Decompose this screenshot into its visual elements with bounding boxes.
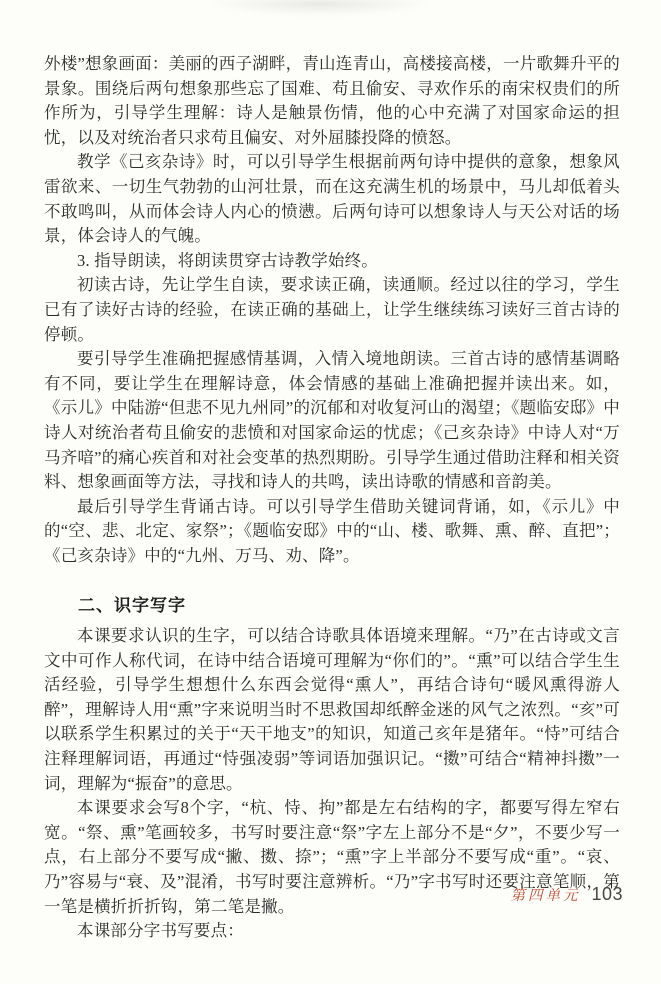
body-paragraph: 最后引导学生背诵古诗。可以引导学生借助关键词背诵，如，《示儿》中的“空、悲、北定… <box>44 495 620 569</box>
body-paragraph: 教学《己亥杂诗》时，可以引导学生根据前两句诗中提供的意象，想象风雷欲来、一切生气… <box>44 150 620 248</box>
body-paragraph: 要引导学生准确把握感情基调，入情入境地朗读。三首古诗的感情基调略有不同，要让学生… <box>44 347 620 495</box>
unit-label: 第四单元 <box>510 884 580 905</box>
body-paragraph: 初读古诗，先让学生自读，要求读正确，读通顺。经过以往的学习，学生已有了读好古诗的… <box>44 273 620 347</box>
body-paragraph: 本课部分字书写要点： <box>44 919 620 944</box>
book-page: 外楼”想象画面：美丽的西子湖畔，青山连青山，高楼接高楼，一片歌舞升平的景象。围绕… <box>0 0 661 984</box>
scan-artifact-smudge <box>205 0 435 16</box>
body-paragraph: 本课要求认识的生字，可以结合诗歌具体语境来理解。“乃”在古诗或文言文中可作人称代… <box>44 624 620 796</box>
page-content: 外楼”想象画面：美丽的西子湖畔，青山连青山，高楼接高楼，一片歌舞升平的景象。围绕… <box>44 52 620 944</box>
page-footer: 第四单元 103 <box>510 884 623 905</box>
body-paragraph: 外楼”想象画面：美丽的西子湖畔，青山连青山，高楼接高楼，一片歌舞升平的景象。围绕… <box>44 52 620 150</box>
page-number: 103 <box>591 884 623 905</box>
section-heading: 二、识字写字 <box>44 594 620 619</box>
body-paragraph-numbered-point: 3. 指导朗读，将朗读贯穿古诗教学始终。 <box>44 249 620 274</box>
